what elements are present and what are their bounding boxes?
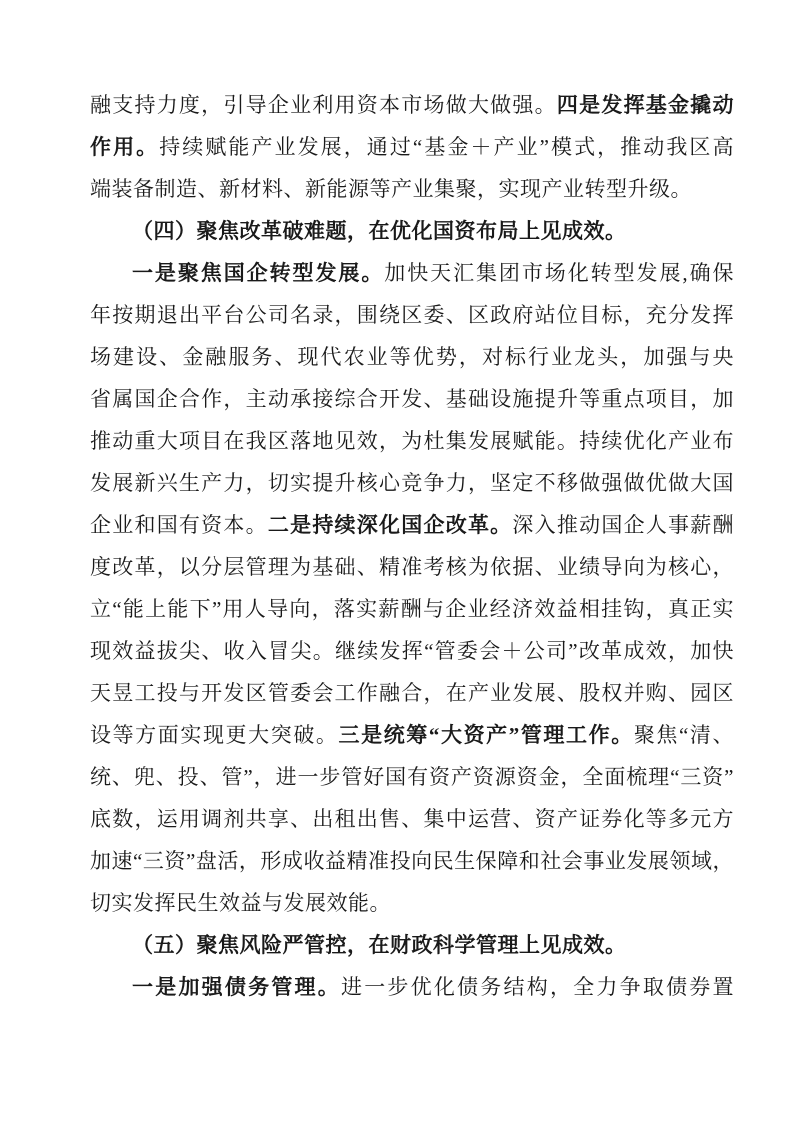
body-text: 设等方面实现更大突破。: [90, 723, 339, 747]
text-line: 企业和国有资本。二是持续深化国企改革。深入推动国企人事薪酬制: [90, 504, 734, 546]
text-line: 天昱工投与开发区管委会工作融合，在产业发展、股权并购、园区建: [90, 672, 734, 714]
text-line: 场建设、金融服务、现代农业等优势，对标行业龙头，加强与央企、: [90, 336, 734, 378]
section-heading: （四）聚焦改革破难题，在优化国资布局上见成效。: [90, 210, 734, 252]
text-line: 统、兜、投、管”，进一步管好国有资产资源资金，全面梳理“三资”: [90, 756, 734, 798]
body-text: 加速“三资”盘活，形成收益精准投向民生保障和社会事业发展领域，: [90, 849, 734, 873]
document-page: 融支持力度，引导企业利用资本市场做大做强。四是发挥基金撬动作用。持续赋能产业发展…: [0, 0, 794, 1122]
emphasis-text: 作用。: [90, 135, 159, 159]
text-line: 立“能上能下”用人导向，落实薪酬与企业经济效益相挂钩，真正实: [90, 588, 734, 630]
body-text: 天昱工投与开发区管委会工作融合，在产业发展、股权并购、园区建: [90, 681, 734, 714]
body-text: 现效益拔尖、收入冒尖。继续发挥“管委会＋公司”改革成效，加快: [90, 639, 734, 663]
body-text: 推动重大项目在我区落地见效，为杜集发展赋能。持续优化产业布局，: [90, 429, 734, 462]
body-text: 省属国企合作，主动承接综合开发、基础设施提升等重点项目，加快: [90, 387, 734, 420]
emphasis-text: 四是发挥基金撬动: [557, 93, 734, 117]
text-line: 推动重大项目在我区落地见效，为杜集发展赋能。持续优化产业布局，: [90, 420, 734, 462]
text-line: 一是加强债务管理。进一步优化债务结构，全力争取债券置: [90, 966, 734, 1008]
section-heading: （五）聚焦风险严管控，在财政科学管理上见成效。: [90, 924, 734, 966]
text-line: 底数，运用调剂共享、出租出售、集中运营、资产证券化等多元方式，: [90, 798, 734, 840]
body-text: 持续赋能产业发展，通过“基金＋产业”模式，推动我区高: [159, 135, 734, 159]
body-text: 年按期退出平台公司名录，围绕区委、区政府站位目标，充分发挥市: [90, 303, 734, 336]
text-line: 设等方面实现更大突破。三是统筹“大资产”管理工作。聚焦“清、: [90, 714, 734, 756]
body-text: 融支持力度，引导企业利用资本市场做大做强。: [90, 93, 557, 117]
emphasis-text: 一是加强债务管理。: [132, 975, 341, 999]
emphasis-text: 一是聚焦国企转型发展。: [132, 261, 384, 285]
body-text: 企业和国有资本。: [90, 513, 268, 537]
emphasis-text: （四）聚焦改革破难题，在优化国资布局上见成效。: [132, 219, 627, 243]
body-text: 度改革，以分层管理为基础、精准考核为依据、业绩导向为核心，树: [90, 555, 734, 588]
body-text: 立“能上能下”用人导向，落实薪酬与企业经济效益相挂钩，真正实: [90, 597, 734, 621]
text-line: 切实发挥民生效益与发展效能。: [90, 882, 734, 924]
body-text: 发展新兴生产力，切实提升核心竞争力，坚定不移做强做优做大国有: [90, 471, 734, 504]
emphasis-text: （五）聚焦风险严管控，在财政科学管理上见成效。: [132, 933, 627, 957]
text-line: 一是聚焦国企转型发展。加快天汇集团市场化转型发展,确保 2026: [90, 252, 734, 294]
text-line: 端装备制造、新材料、新能源等产业集聚，实现产业转型升级。: [90, 168, 734, 210]
body-text: 底数，运用调剂共享、出租出售、集中运营、资产证券化等多元方式，: [90, 807, 734, 840]
text-line: 发展新兴生产力，切实提升核心竞争力，坚定不移做强做优做大国有: [90, 462, 734, 504]
document-content: 融支持力度，引导企业利用资本市场做大做强。四是发挥基金撬动作用。持续赋能产业发展…: [90, 84, 734, 1008]
text-line: 加速“三资”盘活，形成收益精准投向民生保障和社会事业发展领域，: [90, 840, 734, 882]
body-text: 场建设、金融服务、现代农业等优势，对标行业龙头，加强与央企、: [90, 345, 734, 378]
body-text: 进一步优化债务结构，全力争取债券置: [341, 975, 734, 999]
text-line: 度改革，以分层管理为基础、精准考核为依据、业绩导向为核心，树: [90, 546, 734, 588]
text-line: 作用。持续赋能产业发展，通过“基金＋产业”模式，推动我区高: [90, 126, 734, 168]
text-line: 省属国企合作，主动承接综合开发、基础设施提升等重点项目，加快: [90, 378, 734, 420]
body-text: 聚焦“清、: [634, 723, 734, 747]
body-text: 切实发挥民生效益与发展效能。: [90, 891, 391, 915]
body-text: 端装备制造、新材料、新能源等产业集聚，实现产业转型升级。: [90, 177, 692, 201]
body-text: 统、兜、投、管”，进一步管好国有资产资源资金，全面梳理“三资”: [90, 765, 734, 789]
text-line: 融支持力度，引导企业利用资本市场做大做强。四是发挥基金撬动: [90, 84, 734, 126]
emphasis-text: 二是持续深化国企改革。: [268, 513, 513, 537]
text-line: 年按期退出平台公司名录，围绕区委、区政府站位目标，充分发挥市: [90, 294, 734, 336]
text-line: 现效益拔尖、收入冒尖。继续发挥“管委会＋公司”改革成效，加快: [90, 630, 734, 672]
emphasis-text: 三是统筹“大资产”管理工作。: [339, 723, 634, 747]
